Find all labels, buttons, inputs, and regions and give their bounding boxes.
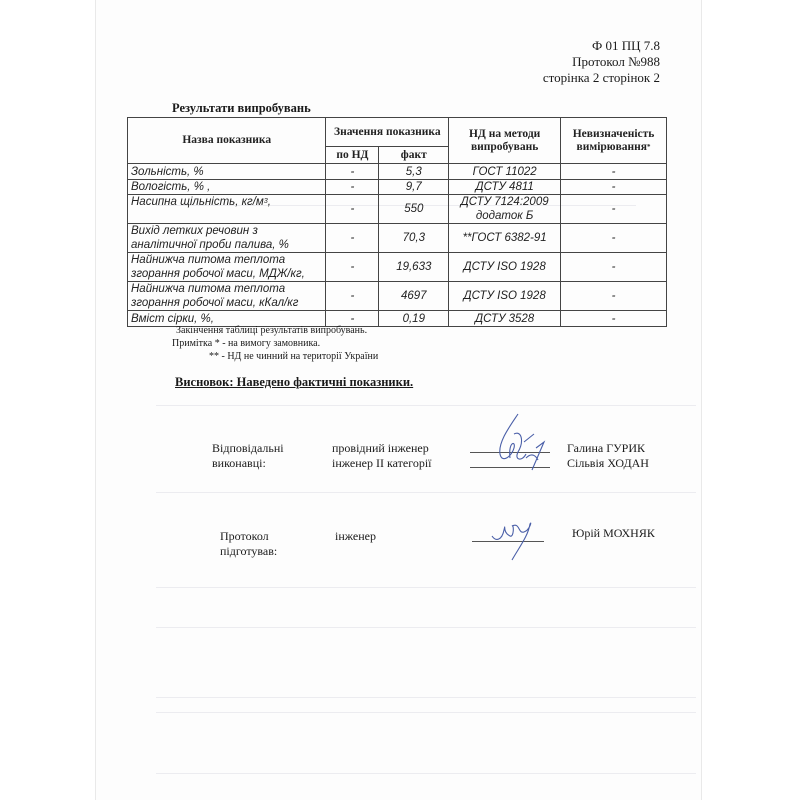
table-header-row: Назва показника Значення показника НД на… bbox=[128, 118, 667, 147]
prepared-name: Юрій МОХНЯК bbox=[572, 526, 655, 541]
results-title: Результати випробувань bbox=[172, 101, 311, 116]
row-name-line1: Найнижча питома теплота bbox=[131, 282, 322, 296]
row-method-line1: ДСТУ 7124:2009 bbox=[452, 195, 557, 209]
row-fact: 0,19 bbox=[379, 311, 449, 327]
role-engineer-2nd-category: інженер ІІ категорії bbox=[332, 456, 431, 471]
responsible-names: Галина ГУРИК Сільвія ХОДАН bbox=[567, 441, 649, 471]
table-row: Зольність, % - 5,3 ГОСТ 11022 - bbox=[128, 164, 667, 180]
table-notes: Закінчення таблиці результатів випробува… bbox=[172, 324, 378, 363]
row-uncertainty: - bbox=[561, 224, 667, 253]
bleed-through-line bbox=[156, 712, 696, 713]
responsible-roles: провідний інженер інженер ІІ категорії bbox=[332, 441, 431, 471]
role-lead-engineer: провідний інженер bbox=[332, 441, 431, 456]
table-row: Найнижча питома теплотазгорання робочої … bbox=[128, 282, 667, 311]
row-name-tail: , bbox=[268, 196, 271, 208]
responsible-label-line1: Відповідальні bbox=[212, 441, 284, 456]
row-by-nd: - bbox=[326, 253, 379, 282]
bleed-through-line bbox=[156, 773, 696, 774]
row-uncertainty: - bbox=[561, 282, 667, 311]
row-uncertainty: - bbox=[561, 253, 667, 282]
row-fact: 19,633 bbox=[379, 253, 449, 282]
row-name: Насипна щільність, кг/м3, bbox=[128, 195, 326, 224]
row-name-text: Насипна щільність, кг/м bbox=[131, 196, 264, 208]
row-fact: 9,7 bbox=[379, 180, 449, 195]
row-method: ДСТУ 3528 bbox=[449, 311, 561, 327]
row-by-nd: - bbox=[326, 180, 379, 195]
col-header-name: Назва показника bbox=[128, 118, 326, 164]
col-header-uncertainty: Невизначеність вимірювання* bbox=[561, 118, 667, 164]
bleed-through-line bbox=[156, 405, 696, 406]
row-method: ДСТУ ISO 1928 bbox=[449, 253, 561, 282]
end-of-table-note: Закінчення таблиці результатів випробува… bbox=[172, 324, 378, 337]
row-method: ДСТУ ISO 1928 bbox=[449, 282, 561, 311]
note-asterisk: Примітка * - на вимогу замовника. bbox=[172, 337, 378, 350]
uncertainty-label: Невизначеність вимірювання bbox=[573, 128, 655, 153]
signature-prepared bbox=[490, 512, 550, 562]
conclusion: Висновок: Наведено фактичні показники. bbox=[175, 375, 413, 390]
row-method: **ГОСТ 6382-91 bbox=[449, 224, 561, 253]
row-method: ДСТУ 7124:2009додаток Б bbox=[449, 195, 561, 224]
col-header-value-group: Значення показника bbox=[326, 118, 449, 147]
document-header: Ф 01 ПЦ 7.8 Протокол №988 сторінка 2 сто… bbox=[543, 38, 660, 86]
row-uncertainty: - bbox=[561, 311, 667, 327]
page-indicator: сторінка 2 сторінок 2 bbox=[543, 70, 660, 86]
col-header-by-nd: по НД bbox=[326, 147, 379, 164]
row-name-line1: Найнижча питома теплота bbox=[131, 253, 322, 267]
table-row: Вихід летких речовин заналітичної проби … bbox=[128, 224, 667, 253]
row-by-nd: - bbox=[326, 282, 379, 311]
row-name-line2: згорання робочої маси, МДЖ/кг, bbox=[131, 267, 322, 281]
row-by-nd: - bbox=[326, 164, 379, 180]
uncertainty-mark: * bbox=[647, 143, 651, 151]
bleed-through-line bbox=[156, 492, 696, 493]
col-header-fact: факт bbox=[379, 147, 449, 164]
responsible-label-line2: виконавці: bbox=[212, 456, 284, 471]
row-by-nd: - bbox=[326, 195, 379, 224]
row-by-nd: - bbox=[326, 224, 379, 253]
row-name: Зольність, % bbox=[128, 164, 326, 180]
row-method: ДСТУ 4811 bbox=[449, 180, 561, 195]
row-name-line1: Вихід летких речовин з bbox=[131, 224, 322, 238]
row-uncertainty: - bbox=[561, 195, 667, 224]
col-header-method: НД на методи випробувань bbox=[449, 118, 561, 164]
signature-responsible bbox=[488, 412, 568, 472]
note-double-asterisk: ** - НД не чинний на території України bbox=[172, 350, 378, 363]
prepared-label-line1: Протокол bbox=[220, 529, 277, 544]
prepared-label-line2: підготував: bbox=[220, 544, 277, 559]
protocol-number: Протокол №988 bbox=[543, 54, 660, 70]
row-name: Найнижча питома теплотазгорання робочої … bbox=[128, 282, 326, 311]
name-hurik: Галина ГУРИК bbox=[567, 441, 649, 456]
row-uncertainty: - bbox=[561, 164, 667, 180]
row-fact: 4697 bbox=[379, 282, 449, 311]
row-uncertainty: - bbox=[561, 180, 667, 195]
row-name: Найнижча питома теплотазгорання робочої … bbox=[128, 253, 326, 282]
prepared-label: Протокол підготував: bbox=[220, 529, 277, 559]
table-row: Вологість, % , - 9,7 ДСТУ 4811 - bbox=[128, 180, 667, 195]
table-row: Насипна щільність, кг/м3, - 550 ДСТУ 712… bbox=[128, 195, 667, 224]
bleed-through-line bbox=[156, 587, 696, 588]
bleed-through-line bbox=[156, 627, 696, 628]
prepared-role: інженер bbox=[335, 529, 376, 544]
row-name: Вихід летких речовин заналітичної проби … bbox=[128, 224, 326, 253]
name-khodan: Сільвія ХОДАН bbox=[567, 456, 649, 471]
row-fact: 70,3 bbox=[379, 224, 449, 253]
table-row: Найнижча питома теплотазгорання робочої … bbox=[128, 253, 667, 282]
bleed-through-line bbox=[156, 697, 696, 698]
row-method: ГОСТ 11022 bbox=[449, 164, 561, 180]
row-name-line2: згорання робочої маси, кКал/кг bbox=[131, 296, 322, 310]
row-fact: 5,3 bbox=[379, 164, 449, 180]
results-table: Назва показника Значення показника НД на… bbox=[127, 117, 667, 327]
row-name-line2: аналітичної проби палива, % bbox=[131, 238, 322, 252]
row-name: Вологість, % , bbox=[128, 180, 326, 195]
value-group-label: Значення показника bbox=[334, 126, 441, 138]
row-method-line2: додаток Б bbox=[452, 209, 557, 223]
form-code: Ф 01 ПЦ 7.8 bbox=[543, 38, 660, 54]
row-fact: 550 bbox=[379, 195, 449, 224]
responsible-label: Відповідальні виконавці: bbox=[212, 441, 284, 471]
